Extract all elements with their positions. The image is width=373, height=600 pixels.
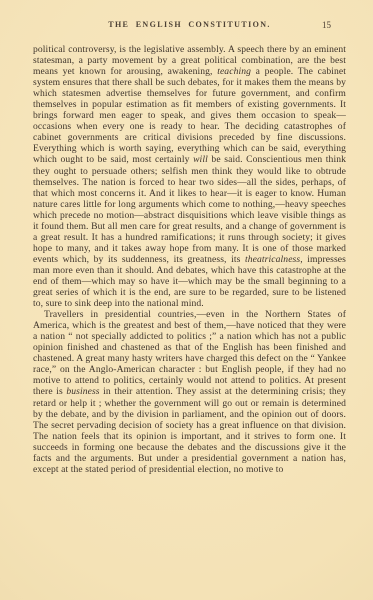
body-text: be said. Conscientious men think they ou… — [33, 154, 346, 264]
italic-text: business — [66, 386, 99, 397]
page-number: 15 — [322, 20, 331, 30]
body-text: Travellers in presidential countries,—ev… — [33, 309, 346, 397]
body-text: in their attention. They assist at the d… — [33, 386, 346, 474]
italic-text: theatricalness — [245, 254, 300, 265]
page-inner: THE ENGLISH CONSTITUTION. 15 political c… — [33, 20, 346, 475]
page-body: political controversy, is the legislativ… — [33, 44, 346, 475]
paragraph: political controversy, is the legislativ… — [33, 44, 346, 309]
italic-text: will — [193, 154, 208, 165]
book-page: THE ENGLISH CONSTITUTION. 15 political c… — [0, 0, 373, 600]
body-text: a people. The cabinet system ensures tha… — [33, 66, 346, 165]
page-header: THE ENGLISH CONSTITUTION. 15 — [33, 20, 346, 32]
italic-text: teaching — [217, 66, 251, 77]
paragraph: Travellers in presidential countries,—ev… — [33, 309, 346, 475]
running-title: THE ENGLISH CONSTITUTION. — [33, 20, 346, 29]
